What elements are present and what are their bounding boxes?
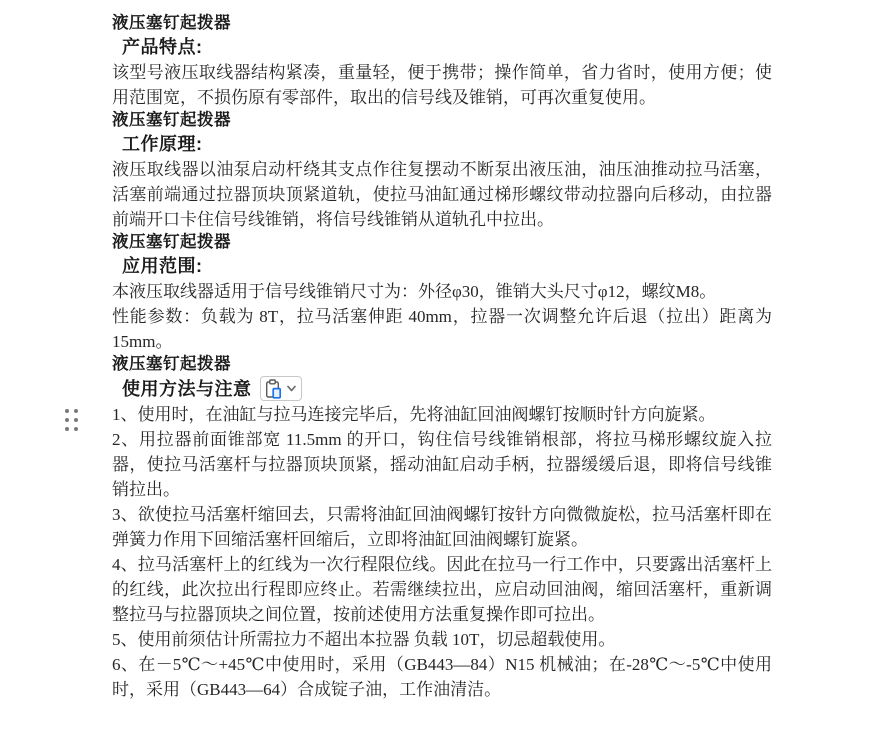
section-title: 液压塞钉起拨器 <box>112 13 772 34</box>
section-title: 液压塞钉起拨器 <box>112 232 772 253</box>
usage-step-5: 5、使用前须估计所需拉力不超出本拉器 负载 10T，切忌超载使用。 <box>112 627 772 652</box>
document-content: 液压塞钉起拨器 产品特点: 该型号液压取线器结构紧凑，重量轻，便于携带；操作简单… <box>112 13 772 702</box>
usage-step-3: 3、欲使拉马活塞杆缩回去，只需将油缸回油阀螺钉按针方向微微旋松，拉马活塞杆即在弹… <box>112 502 772 552</box>
drag-dot <box>74 427 78 431</box>
editor-page: 液压塞钉起拨器 产品特点: 该型号液压取线器结构紧凑，重量轻，便于携带；操作简单… <box>0 0 883 744</box>
paragraph-performance: 性能参数：负载为 8T，拉马活塞伸距 40mm，拉器一次调整允许后退（拉出）距离… <box>112 304 772 354</box>
usage-step-2: 2、用拉器前面锥部宽 11.5mm 的开口，钩住信号线锥销根部，将拉马梯形螺纹旋… <box>112 427 772 502</box>
drag-dot <box>74 409 78 413</box>
usage-step-1: 1、使用时，在油缸与拉马连接完毕后，先将油缸回油阀螺钉按顺时针方向旋紧。 <box>112 402 772 427</box>
section-title: 液压塞钉起拨器 <box>112 354 772 375</box>
clipboard-icon <box>265 379 282 399</box>
drag-dot <box>65 427 69 431</box>
section-subtitle-features: 产品特点: <box>112 34 772 60</box>
paragraph-features: 该型号液压取线器结构紧凑，重量轻，便于携带；操作简单，省力省时，使用方便；使用范… <box>112 60 772 110</box>
section-subtitle-scope: 应用范围: <box>112 253 772 279</box>
section-subtitle-principle: 工作原理: <box>112 131 772 157</box>
drag-handle-icon[interactable] <box>62 406 81 434</box>
drag-dot <box>65 409 69 413</box>
section-subtitle-usage: 使用方法与注意 <box>112 376 252 402</box>
paste-options-button[interactable] <box>260 376 302 401</box>
drag-dot <box>74 418 78 422</box>
usage-step-6: 6、在－5℃～+45℃中使用时，采用（GB443—84）N15 机械油；在-28… <box>112 652 772 702</box>
chevron-down-icon <box>287 385 296 392</box>
drag-dot <box>65 418 69 422</box>
paragraph-scope: 本液压取线器适用于信号线锥销尺寸为：外径φ30，锥销大头尺寸φ12，螺纹M8。 <box>112 279 772 304</box>
section-title: 液压塞钉起拨器 <box>112 110 772 131</box>
usage-step-4: 4、拉马活塞杆上的红线为一次行程限位线。因此在拉马一行工作中，只要露出活塞杆上的… <box>112 552 772 627</box>
paragraph-principle: 液压取线器以油泵启动杆绕其支点作往复摆动不断泵出液压油，油压油推动拉马活塞，活塞… <box>112 157 772 232</box>
usage-subtitle-row: 使用方法与注意 <box>112 375 772 402</box>
